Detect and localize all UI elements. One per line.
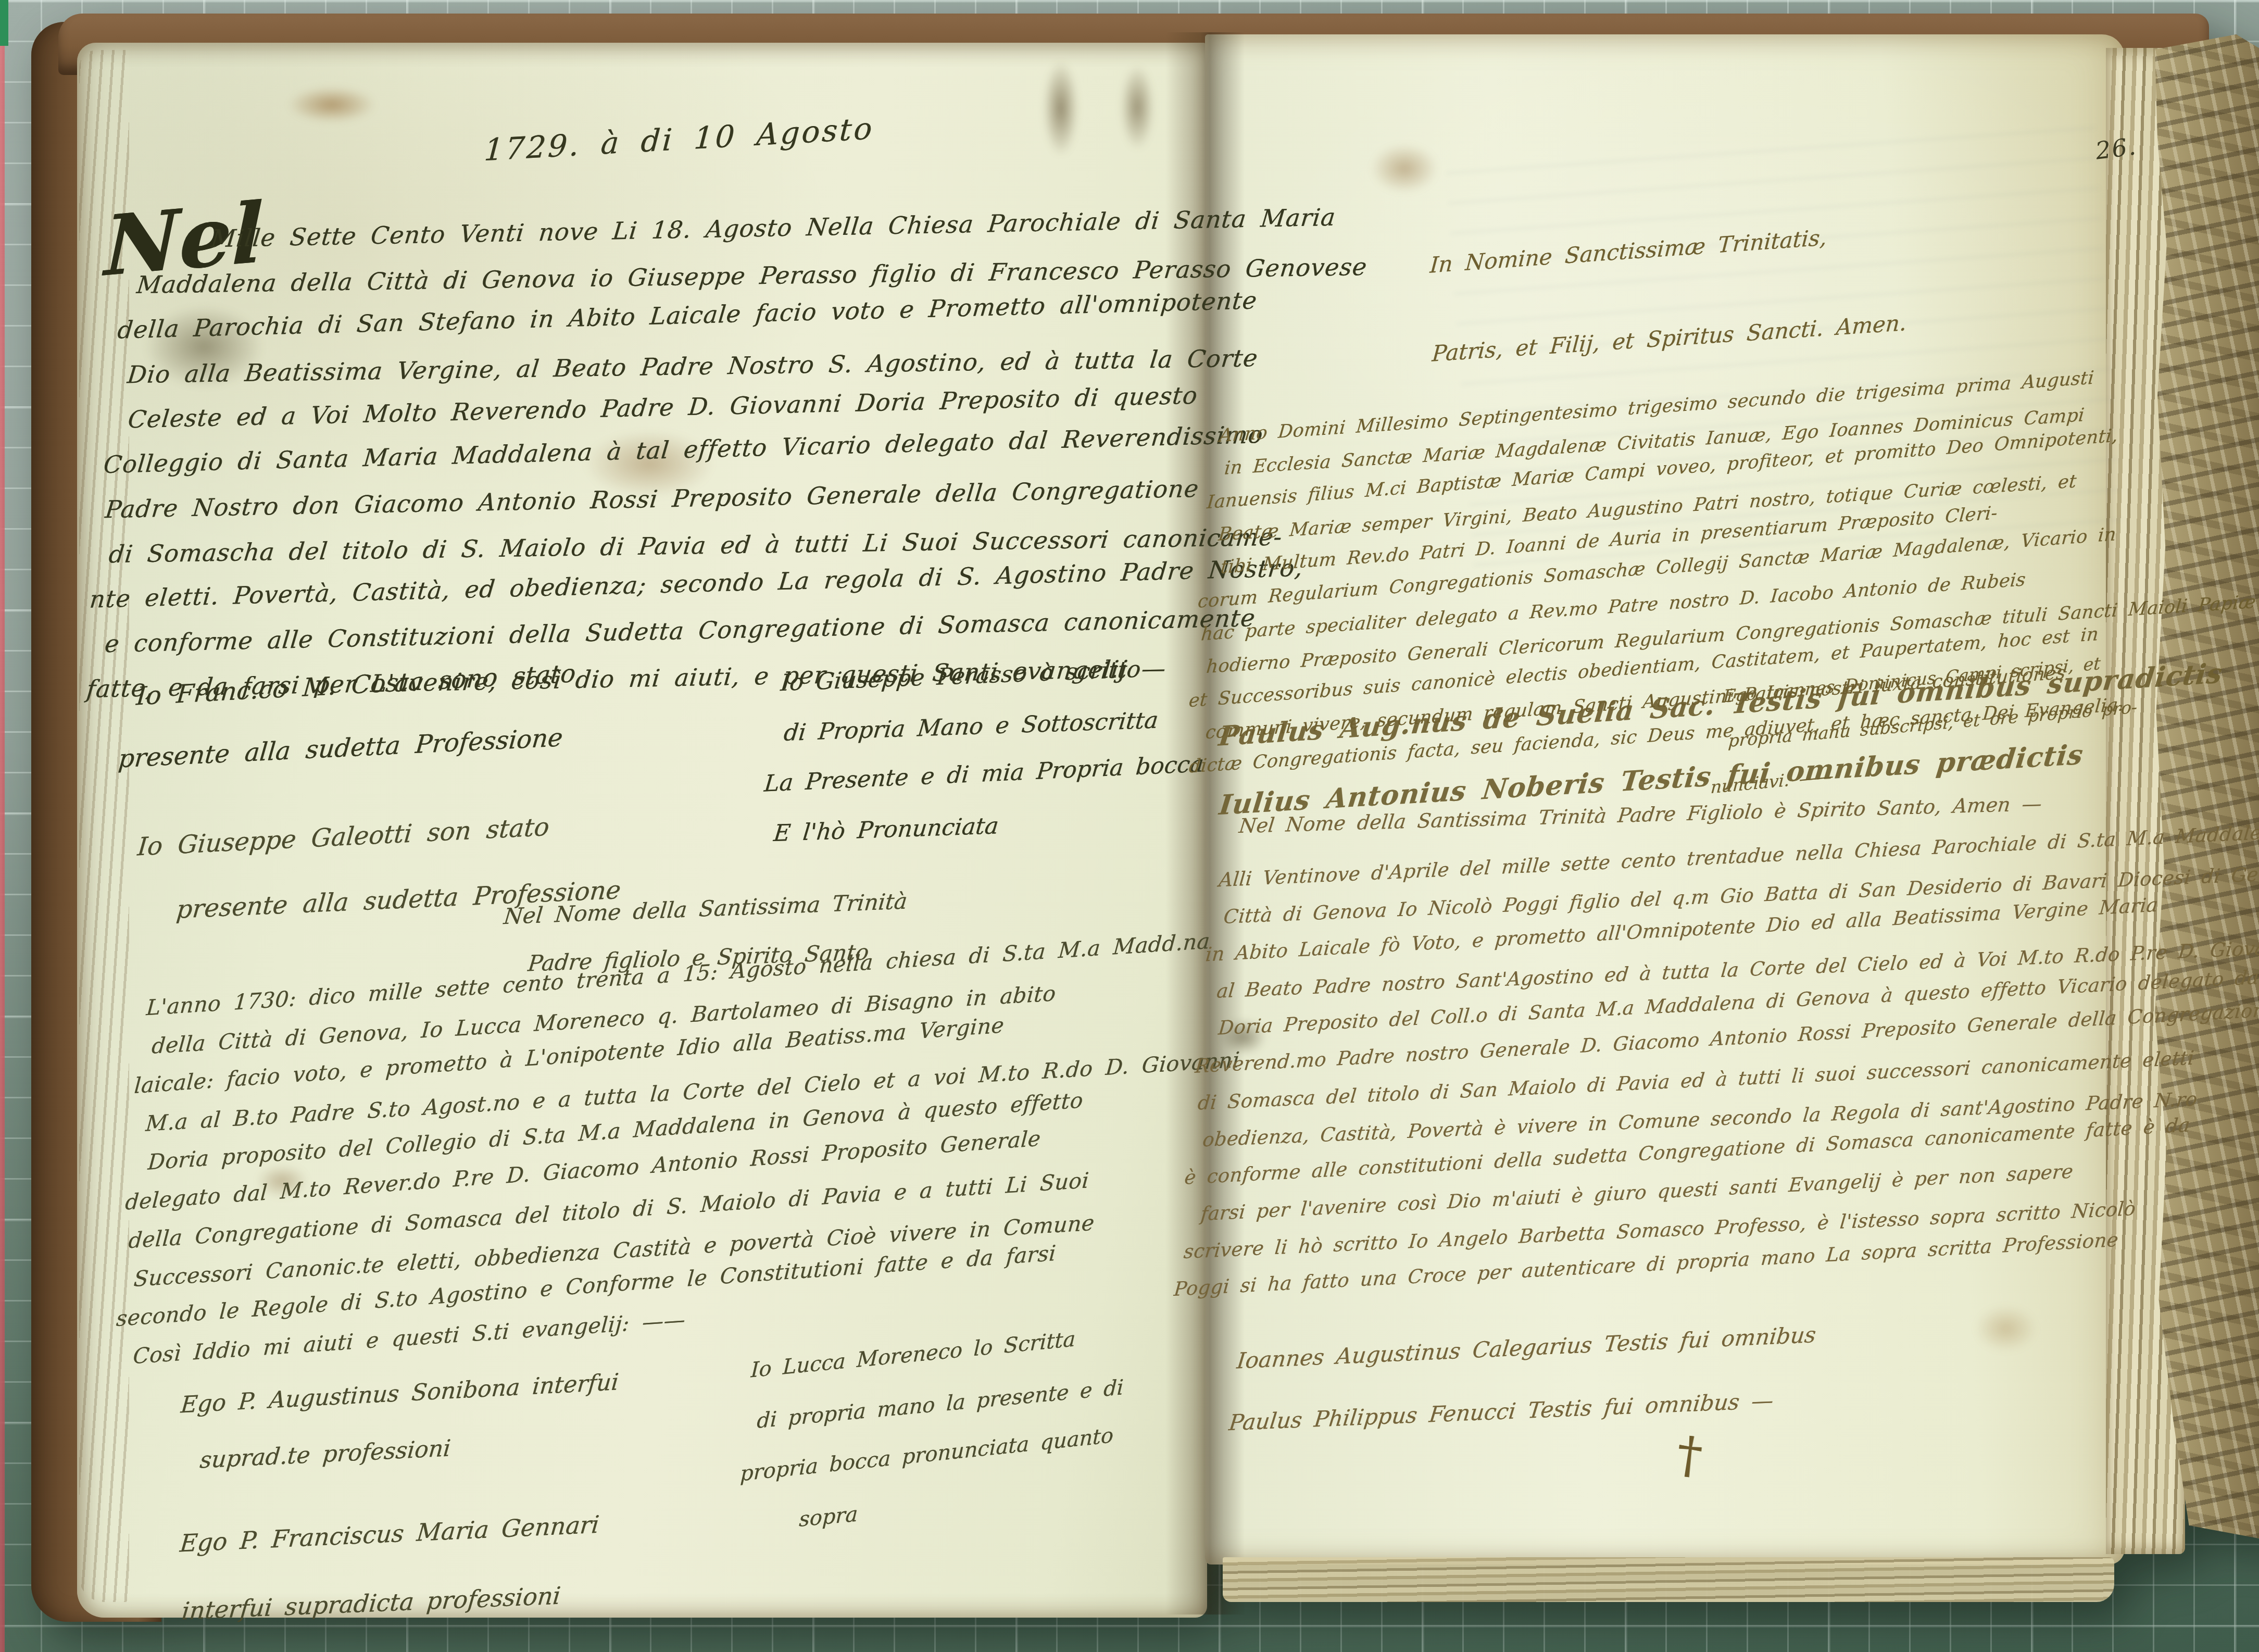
italian-witness-signatures: Ioannes Augustinus Calegarius Testis fui… (1226, 1304, 1819, 1454)
profession-1730-text: L'anno 1730: dico mille sette cento tren… (118, 920, 1243, 1376)
page-number: 26. (2094, 132, 2138, 165)
witness-costa-signature: Io Franc.co M. Costa sono statopresente … (128, 643, 578, 790)
profession-1729-text: Mille Sette Cento Venti nove Li 18. Agos… (84, 194, 1366, 711)
witness-sonibona-signature: Ego P. Augustinus Sonibona interfuisupra… (173, 1354, 621, 1490)
mat-corner-chip (0, 0, 8, 46)
latin-heading: In Nomine Sanctissimæ Trinitatis,Patris,… (1421, 187, 1907, 399)
ink-drip-stain (1121, 66, 1154, 149)
manuscript-book: 1729. à di 10 Agosto Nel Mille Sette Cen… (27, 14, 2259, 1640)
stain (287, 86, 376, 123)
profession-1732-italian-text: Alli Ventinove d'Aprile del mille sette … (1178, 810, 2259, 1308)
witness-gennari-signature: Ego P. Franciscus Maria Gennariinterfui … (170, 1490, 602, 1645)
ink-drip-stain (1044, 61, 1078, 155)
deteriorated-page-edges (2155, 34, 2259, 1541)
stain (1975, 1305, 2037, 1352)
perasso-subscription: Io Giuseppe Perasso ò scrittodi Propria … (763, 642, 1222, 859)
photograph-scene: 1729. à di 10 Agosto Nel Mille Sette Cen… (0, 0, 2259, 1652)
page-block-bottom-edges (1223, 1557, 2114, 1602)
mat-red-edge-stripe (0, 45, 5, 1652)
moreneco-subscription: Io Lucca Moreneco lo Scrittadi propria m… (743, 1309, 1125, 1550)
stain (1371, 144, 1438, 193)
